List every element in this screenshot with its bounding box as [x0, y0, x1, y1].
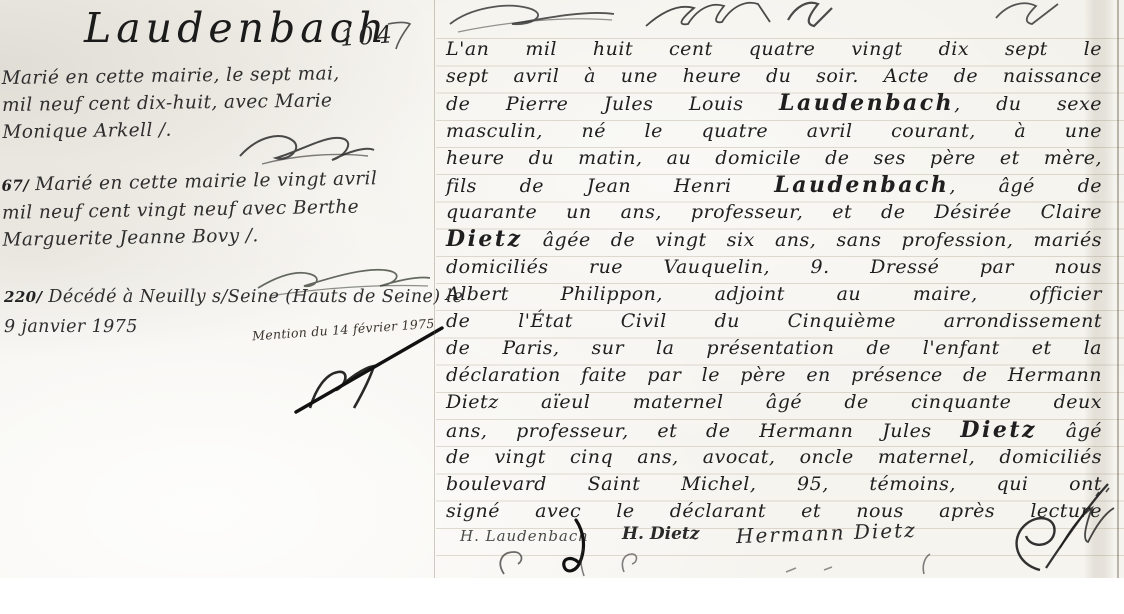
scanned-register-page: Laudenbach 104 Marié en cette mairie, le… — [0, 0, 1124, 614]
act-line: L'an mil huit cent quatre vingt dix sept… — [446, 36, 1102, 63]
act-text-segment: , âgé de — [949, 175, 1102, 197]
act-text-segment: de Pierre Jules Louis — [446, 93, 779, 115]
act-line: de Pierre Jules Louis Laudenbach, du sex… — [446, 90, 1102, 117]
signature-hermann-dietz: Hermann Dietz — [736, 518, 917, 548]
act-text-segment: L'an mil huit cent quatre vingt dix sept… — [446, 38, 1102, 60]
act-text-segment: heure du matin, au domicile de ses père … — [446, 147, 1102, 169]
act-text-segment: fils de Jean Henri — [446, 175, 774, 197]
act-line: Dietz âgée de vingt six ans, sans profes… — [446, 226, 1102, 253]
act-line: Dietz aïeul maternel âgé de cinquante de… — [446, 389, 1102, 416]
act-text-segment: de Paris, sur la présentation de l'enfan… — [446, 337, 1102, 359]
act-text-segment: sept avril à une heure du soir. Acte de … — [446, 65, 1102, 87]
act-line: sept avril à une heure du soir. Acte de … — [446, 63, 1102, 90]
act-text-segment: âgée de vingt six ans, sans profession, … — [523, 229, 1102, 251]
act-text-segment: de vingt cinq ans, avocat, oncle materne… — [446, 446, 1102, 468]
signature-h-dietz: H. Dietz — [622, 524, 699, 544]
next-act-partial-strokes — [456, 546, 996, 578]
act-text-segment: quarante un ans, professeur, et de Désir… — [446, 201, 1102, 223]
act-line: masculin, né le quatre avril courant, à … — [446, 118, 1102, 145]
act-surname: Laudenbach — [779, 90, 954, 116]
act-line: fils de Jean Henri Laudenbach, âgé de — [446, 172, 1102, 199]
act-line: quarante un ans, professeur, et de Désir… — [446, 199, 1102, 226]
act-text-segment: âgé — [1037, 420, 1102, 442]
philippon-signature-flourish — [996, 478, 1124, 578]
act-surname: Dietz — [446, 226, 523, 252]
act-line: déclaration faite par le père en présenc… — [446, 362, 1102, 389]
scan-bottom-margin — [0, 578, 1124, 614]
officiant-signature-flourish-1918 — [228, 122, 378, 172]
act-text-segment: , du sexe — [954, 93, 1102, 115]
act-text-segment: domiciliés rue Vauquelin, 9. Dressé par … — [446, 256, 1102, 278]
act-line: ans, professeur, et de Hermann Jules Die… — [446, 417, 1102, 444]
act-text-segment: Albert Philippon, adjoint au maire, offi… — [446, 283, 1102, 305]
margin-note-text: Marié en cette mairie le vingt avril — [35, 168, 377, 195]
act-text-segment: masculin, né le quatre avril courant, à … — [446, 120, 1102, 142]
act-text: L'an mil huit cent quatre vingt dix sept… — [446, 36, 1102, 525]
act-surname: Dietz — [960, 417, 1037, 443]
act-line: heure du matin, au domicile de ses père … — [446, 145, 1102, 172]
act-line: Albert Philippon, adjoint au maire, offi… — [446, 281, 1102, 308]
act-line: de l'État Civil du Cinquième arrondissem… — [446, 308, 1102, 335]
margin-ref: 220/ — [4, 288, 42, 306]
margin-divider-rule — [434, 0, 435, 578]
margin-note-marriage-1929: 67/Marié en cette mairie le vingt avril … — [1, 164, 434, 254]
previous-act-signatures-partial — [436, 0, 1124, 36]
act-text-segment: de l'État Civil du Cinquième arrondissem… — [446, 310, 1102, 332]
scan-area: Laudenbach 104 Marié en cette mairie, le… — [0, 0, 1124, 579]
margin-note-line: 220/Décédé à Neuilly s/Seine (Hauts de S… — [4, 282, 434, 312]
margin-note-text: Décédé à Neuilly s/Seine (Hauts de Seine… — [48, 287, 463, 307]
act-number-flourish — [384, 18, 414, 52]
act-text-segment: ans, professeur, et de Hermann Jules — [446, 420, 960, 442]
act-text-segment: déclaration faite par le père en présenc… — [446, 364, 1102, 386]
officiant-signature-flourish-1975 — [282, 316, 447, 418]
act-column: L'an mil huit cent quatre vingt dix sept… — [436, 0, 1124, 578]
act-line: de vingt cinq ans, avocat, oncle materne… — [446, 444, 1102, 471]
act-heading: Laudenbach 104 — [84, 4, 389, 52]
act-surname: Laudenbach — [774, 172, 949, 198]
margin-ref: 67/ — [1, 176, 29, 194]
act-text-segment: Dietz aïeul maternel âgé de cinquante de… — [446, 391, 1102, 413]
act-line: de Paris, sur la présentation de l'enfan… — [446, 335, 1102, 362]
act-line: domiciliés rue Vauquelin, 9. Dressé par … — [446, 254, 1102, 281]
